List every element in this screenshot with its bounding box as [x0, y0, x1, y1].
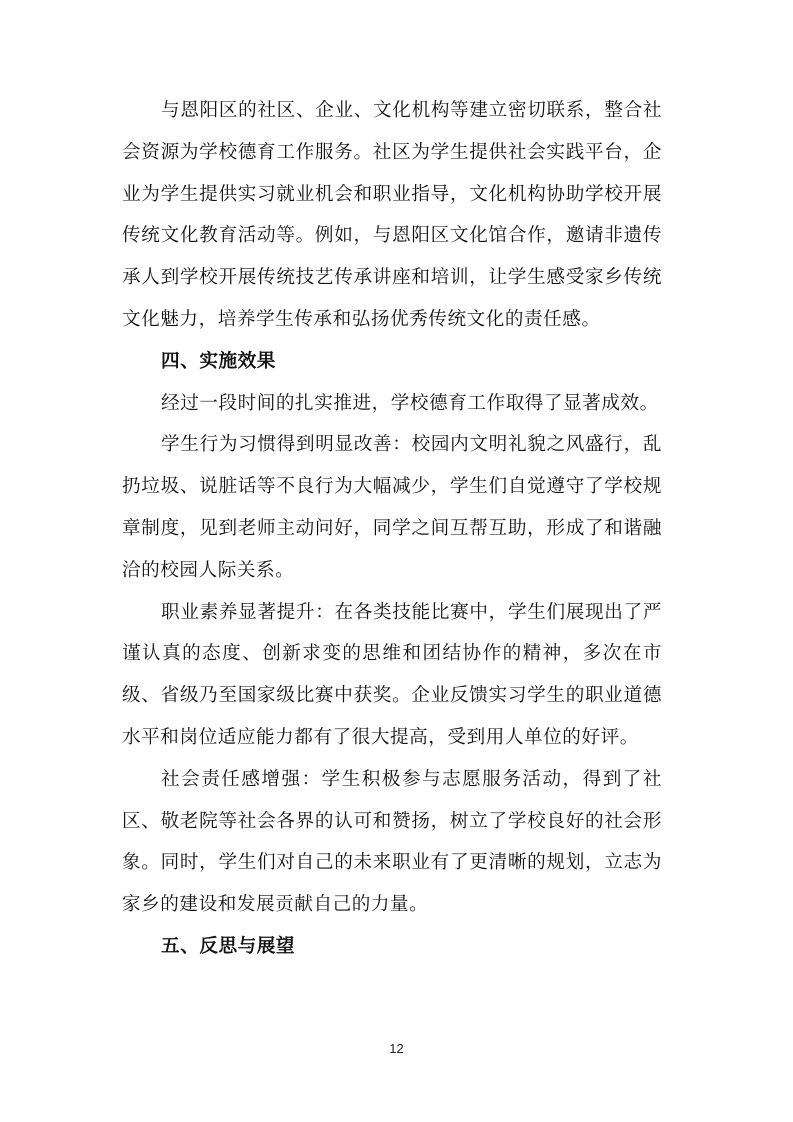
document-page: 与恩阳区的社区、企业、文化机构等建立密切联系，整合社会资源为学校德育工作服务。社…: [0, 0, 793, 1122]
paragraph-professional-quality: 职业素养显著提升：在各类技能比赛中，学生们展现出了严谨认真的态度、创新求变的思维…: [122, 592, 662, 759]
paragraph-results-intro: 经过一段时间的扎实推进，学校德育工作取得了显著成效。: [122, 383, 662, 425]
paragraph-social-responsibility: 社会责任感增强：学生积极参与志愿服务活动，得到了社区、敬老院等社会各界的认可和赞…: [122, 759, 662, 926]
section-heading-reflection-outlook: 五、反思与展望: [122, 926, 662, 968]
paragraph-community-resources: 与恩阳区的社区、企业、文化机构等建立密切联系，整合社会资源为学校德育工作服务。社…: [122, 90, 662, 341]
paragraph-behavior-improvement: 学生行为习惯得到明显改善：校园内文明礼貌之风盛行，乱扔垃圾、说脏话等不良行为大幅…: [122, 424, 662, 591]
page-content: 与恩阳区的社区、企业、文化机构等建立密切联系，整合社会资源为学校德育工作服务。社…: [122, 90, 662, 968]
page-number: 12: [0, 1041, 793, 1056]
section-heading-implementation-results: 四、实施效果: [122, 341, 662, 383]
